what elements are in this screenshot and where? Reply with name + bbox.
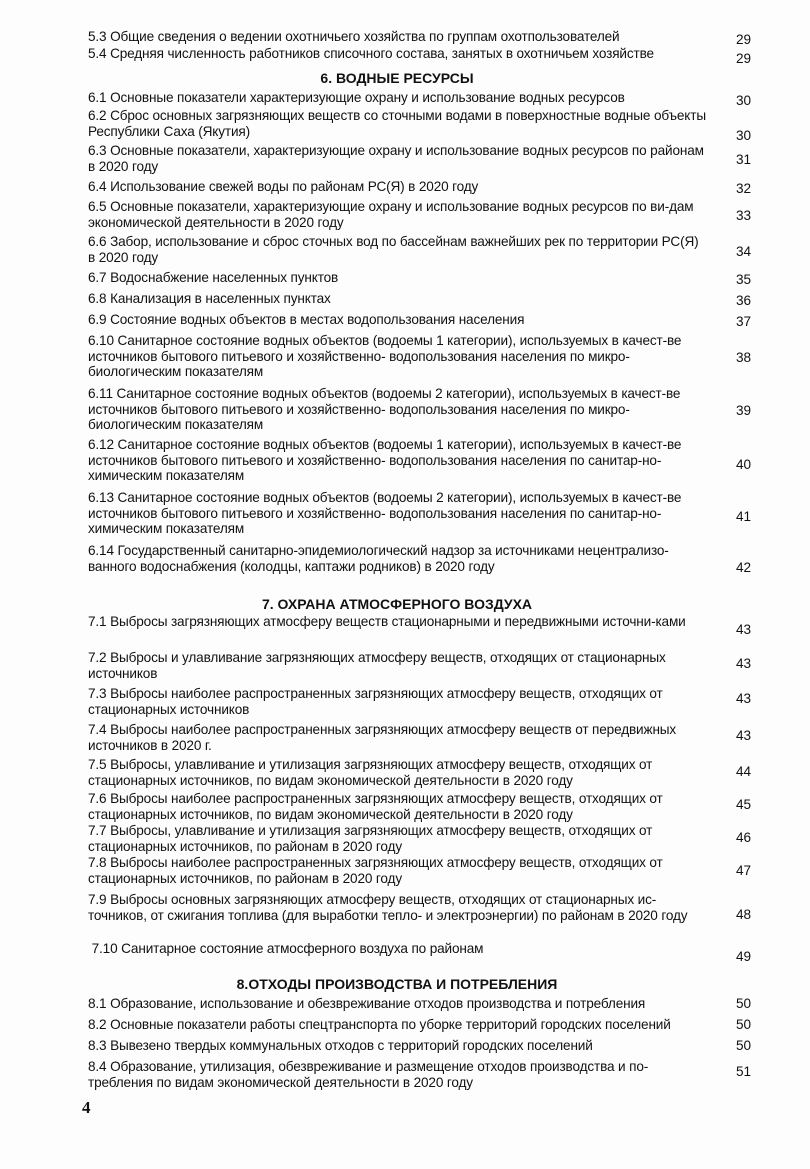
toc-entry-page: 43 — [736, 622, 751, 638]
toc-entry-title: 8.3 Вывезено твердых коммунальных отходо… — [88, 1038, 706, 1054]
toc-entry-6-10[interactable]: 6.10 Санитарное состояние водных объекто… — [88, 333, 788, 380]
toc-entry-title: 6.13 Санитарное состояние водных объекто… — [88, 490, 706, 537]
toc-entry-6-7[interactable]: 6.7 Водоснабжение населенных пунктов 35 — [88, 270, 788, 286]
toc-entry-title: 7.6 Выбросы наиболее распространенных за… — [88, 791, 706, 822]
toc-entry-title: 7.3 Выбросы наиболее распространенных за… — [88, 686, 706, 717]
toc-entry-7-6[interactable]: 7.6 Выбросы наиболее распространенных за… — [88, 791, 788, 822]
toc-entry-title: 6.10 Санитарное состояние водных объекто… — [88, 333, 706, 380]
toc-entry-title: 6.8 Канализация в населенных пунктах — [88, 291, 706, 307]
toc-entry-title: 6.6 Забор, использование и сброс сточных… — [88, 234, 706, 265]
toc-entry-title: 6.2 Сброс основных загрязняющих веществ … — [88, 108, 706, 139]
toc-entry-7-5[interactable]: 7.5 Выбросы, улавливание и утилизация за… — [88, 757, 788, 788]
toc-entry-title: 6.3 Основные показатели, характеризующие… — [88, 143, 706, 174]
toc-entry-title: 6.1 Основные показатели характеризующие … — [88, 90, 706, 106]
section-heading-7: 7. ОХРАНА АТМОСФЕРНОГО ВОЗДУХА — [88, 596, 706, 612]
toc-entry-title: 6.12 Санитарное состояние водных объекто… — [88, 437, 706, 484]
toc-entry-page: 33 — [736, 208, 751, 224]
toc-entry-title: 7.4 Выбросы наиболее распространенных за… — [88, 722, 706, 753]
toc-entry-6-12[interactable]: 6.12 Санитарное состояние водных объекто… — [88, 437, 788, 484]
toc-entry-page: 31 — [736, 152, 751, 168]
toc-entry-page: 51 — [736, 1064, 751, 1080]
toc-entry-page: 48 — [736, 907, 751, 923]
toc-entry-title: 6.11 Санитарное состояние водных объекто… — [88, 386, 706, 433]
toc-entry-7-8[interactable]: 7.8 Выбросы наиболее распространенных за… — [88, 855, 788, 886]
toc-entry-title: 7.7 Выбросы, улавливание и утилизация за… — [88, 823, 706, 854]
toc-entry-page: 40 — [736, 457, 751, 473]
toc-entry-page: 30 — [736, 128, 751, 144]
toc-entry-page: 44 — [736, 764, 751, 780]
toc-entry-7-9[interactable]: 7.9 Выбросы основных загрязняющих атмосф… — [88, 892, 788, 923]
toc-entry-page: 43 — [736, 656, 751, 672]
toc-entry-title: 7.9 Выбросы основных загрязняющих атмосф… — [88, 892, 706, 923]
toc-entry-page: 42 — [736, 560, 751, 576]
toc-entry-6-14[interactable]: 6.14 Государственный санитарно-эпидемиол… — [88, 543, 788, 574]
section-heading-6: 6. ВОДНЫЕ РЕСУРСЫ — [88, 70, 706, 86]
toc-entry-page: 47 — [736, 863, 751, 879]
toc-entry-page: 38 — [736, 350, 751, 366]
toc-entry-6-1[interactable]: 6.1 Основные показатели характеризующие … — [88, 90, 788, 106]
toc-entry-page: 37 — [736, 314, 751, 330]
toc-entry-page: 45 — [736, 797, 751, 813]
toc-entry-title: 6.7 Водоснабжение населенных пунктов — [88, 270, 706, 286]
toc-entry-page: 50 — [736, 1038, 751, 1054]
toc-entry-7-7[interactable]: 7.7 Выбросы, улавливание и утилизация за… — [88, 823, 788, 854]
toc-entry-8-4[interactable]: 8.4 Образование, утилизация, обезврежива… — [88, 1059, 788, 1090]
toc-entry-page: 41 — [736, 509, 751, 525]
toc-entry-title: 6.4 Использование свежей воды по районам… — [88, 179, 706, 195]
toc-entry-page: 43 — [736, 691, 751, 707]
toc-entry-page: 30 — [736, 93, 751, 109]
toc-entry-title: 7.10 Санитарное состояние атмосферного в… — [88, 941, 706, 957]
toc-entry-title: 7.8 Выбросы наиболее распространенных за… — [88, 855, 706, 886]
page-number: 4 — [82, 1098, 91, 1118]
toc-entry-6-3[interactable]: 6.3 Основные показатели, характеризующие… — [88, 143, 788, 174]
toc-entry-6-9[interactable]: 6.9 Состояние водных объектов в местах в… — [88, 312, 788, 328]
toc-entry-title: 8.1 Образование, использование и обезвре… — [88, 996, 706, 1012]
toc-entry-page: 50 — [736, 996, 751, 1012]
toc-entry-7-4[interactable]: 7.4 Выбросы наиболее распространенных за… — [88, 722, 788, 753]
toc-entry-title: 6.14 Государственный санитарно-эпидемиол… — [88, 543, 706, 574]
toc-entry-title: 7.5 Выбросы, улавливание и утилизация за… — [88, 757, 706, 788]
toc-entry-page: 46 — [736, 830, 751, 846]
toc-entry-page: 39 — [736, 403, 751, 419]
toc-entry-page: 32 — [736, 181, 751, 197]
toc-entry-title: 8.4 Образование, утилизация, обезврежива… — [88, 1059, 706, 1090]
toc-entry-6-13[interactable]: 6.13 Санитарное состояние водных объекто… — [88, 490, 788, 537]
toc-entry-title: 8.2 Основные показатели работы спецтранс… — [88, 1017, 706, 1033]
toc-entry-6-11[interactable]: 6.11 Санитарное состояние водных объекто… — [88, 386, 788, 433]
toc-entry-7-3[interactable]: 7.3 Выбросы наиболее распространенных за… — [88, 686, 788, 717]
toc-entry-6-6[interactable]: 6.6 Забор, использование и сброс сточных… — [88, 234, 788, 265]
toc-entry-title: 7.2 Выбросы и улавливание загрязняющих а… — [88, 650, 706, 681]
toc-entry-page: 43 — [736, 728, 751, 744]
toc-entry-6-4[interactable]: 6.4 Использование свежей воды по районам… — [88, 179, 788, 195]
toc-page: 5.3 Общие сведения о ведении охотничьего… — [0, 0, 810, 1169]
toc-entry-page: 34 — [736, 244, 751, 260]
toc-entry-title: 5.3 Общие сведения о ведении охотничьего… — [88, 29, 706, 45]
toc-entry-6-5[interactable]: 6.5 Основные показатели, характеризующие… — [88, 199, 788, 230]
toc-entry-page: 35 — [736, 272, 751, 288]
toc-entry-6-2[interactable]: 6.2 Сброс основных загрязняющих веществ … — [88, 108, 788, 139]
toc-entry-title: 7.1 Выбросы загрязняющих атмосферу вещес… — [88, 614, 706, 630]
toc-entry-title: 6.5 Основные показатели, характеризующие… — [88, 199, 706, 230]
toc-entry-title: 5.4 Средняя численность работников списо… — [88, 46, 706, 62]
section-heading-8: 8.ОТХОДЫ ПРОИЗВОДСТВА И ПОТРЕБЛЕНИЯ — [88, 976, 706, 992]
toc-entry-page: 50 — [736, 1017, 751, 1033]
toc-entry-page: 29 — [736, 51, 751, 67]
toc-entry-7-2[interactable]: 7.2 Выбросы и улавливание загрязняющих а… — [88, 650, 788, 681]
toc-entry-5-3[interactable]: 5.3 Общие сведения о ведении охотничьего… — [88, 29, 788, 45]
toc-entry-title: 6.9 Состояние водных объектов в местах в… — [88, 312, 706, 328]
toc-entry-8-2[interactable]: 8.2 Основные показатели работы спецтранс… — [88, 1017, 788, 1033]
toc-entry-5-4[interactable]: 5.4 Средняя численность работников списо… — [88, 46, 788, 62]
toc-entry-8-3[interactable]: 8.3 Вывезено твердых коммунальных отходо… — [88, 1038, 788, 1054]
toc-entry-8-1[interactable]: 8.1 Образование, использование и обезвре… — [88, 996, 788, 1012]
toc-entry-7-1[interactable]: 7.1 Выбросы загрязняющих атмосферу вещес… — [88, 614, 788, 630]
toc-entry-page: 36 — [736, 293, 751, 309]
toc-entry-6-8[interactable]: 6.8 Канализация в населенных пунктах 36 — [88, 291, 788, 307]
toc-entry-7-10[interactable]: 7.10 Санитарное состояние атмосферного в… — [88, 941, 788, 957]
toc-entry-page: 49 — [736, 949, 751, 965]
